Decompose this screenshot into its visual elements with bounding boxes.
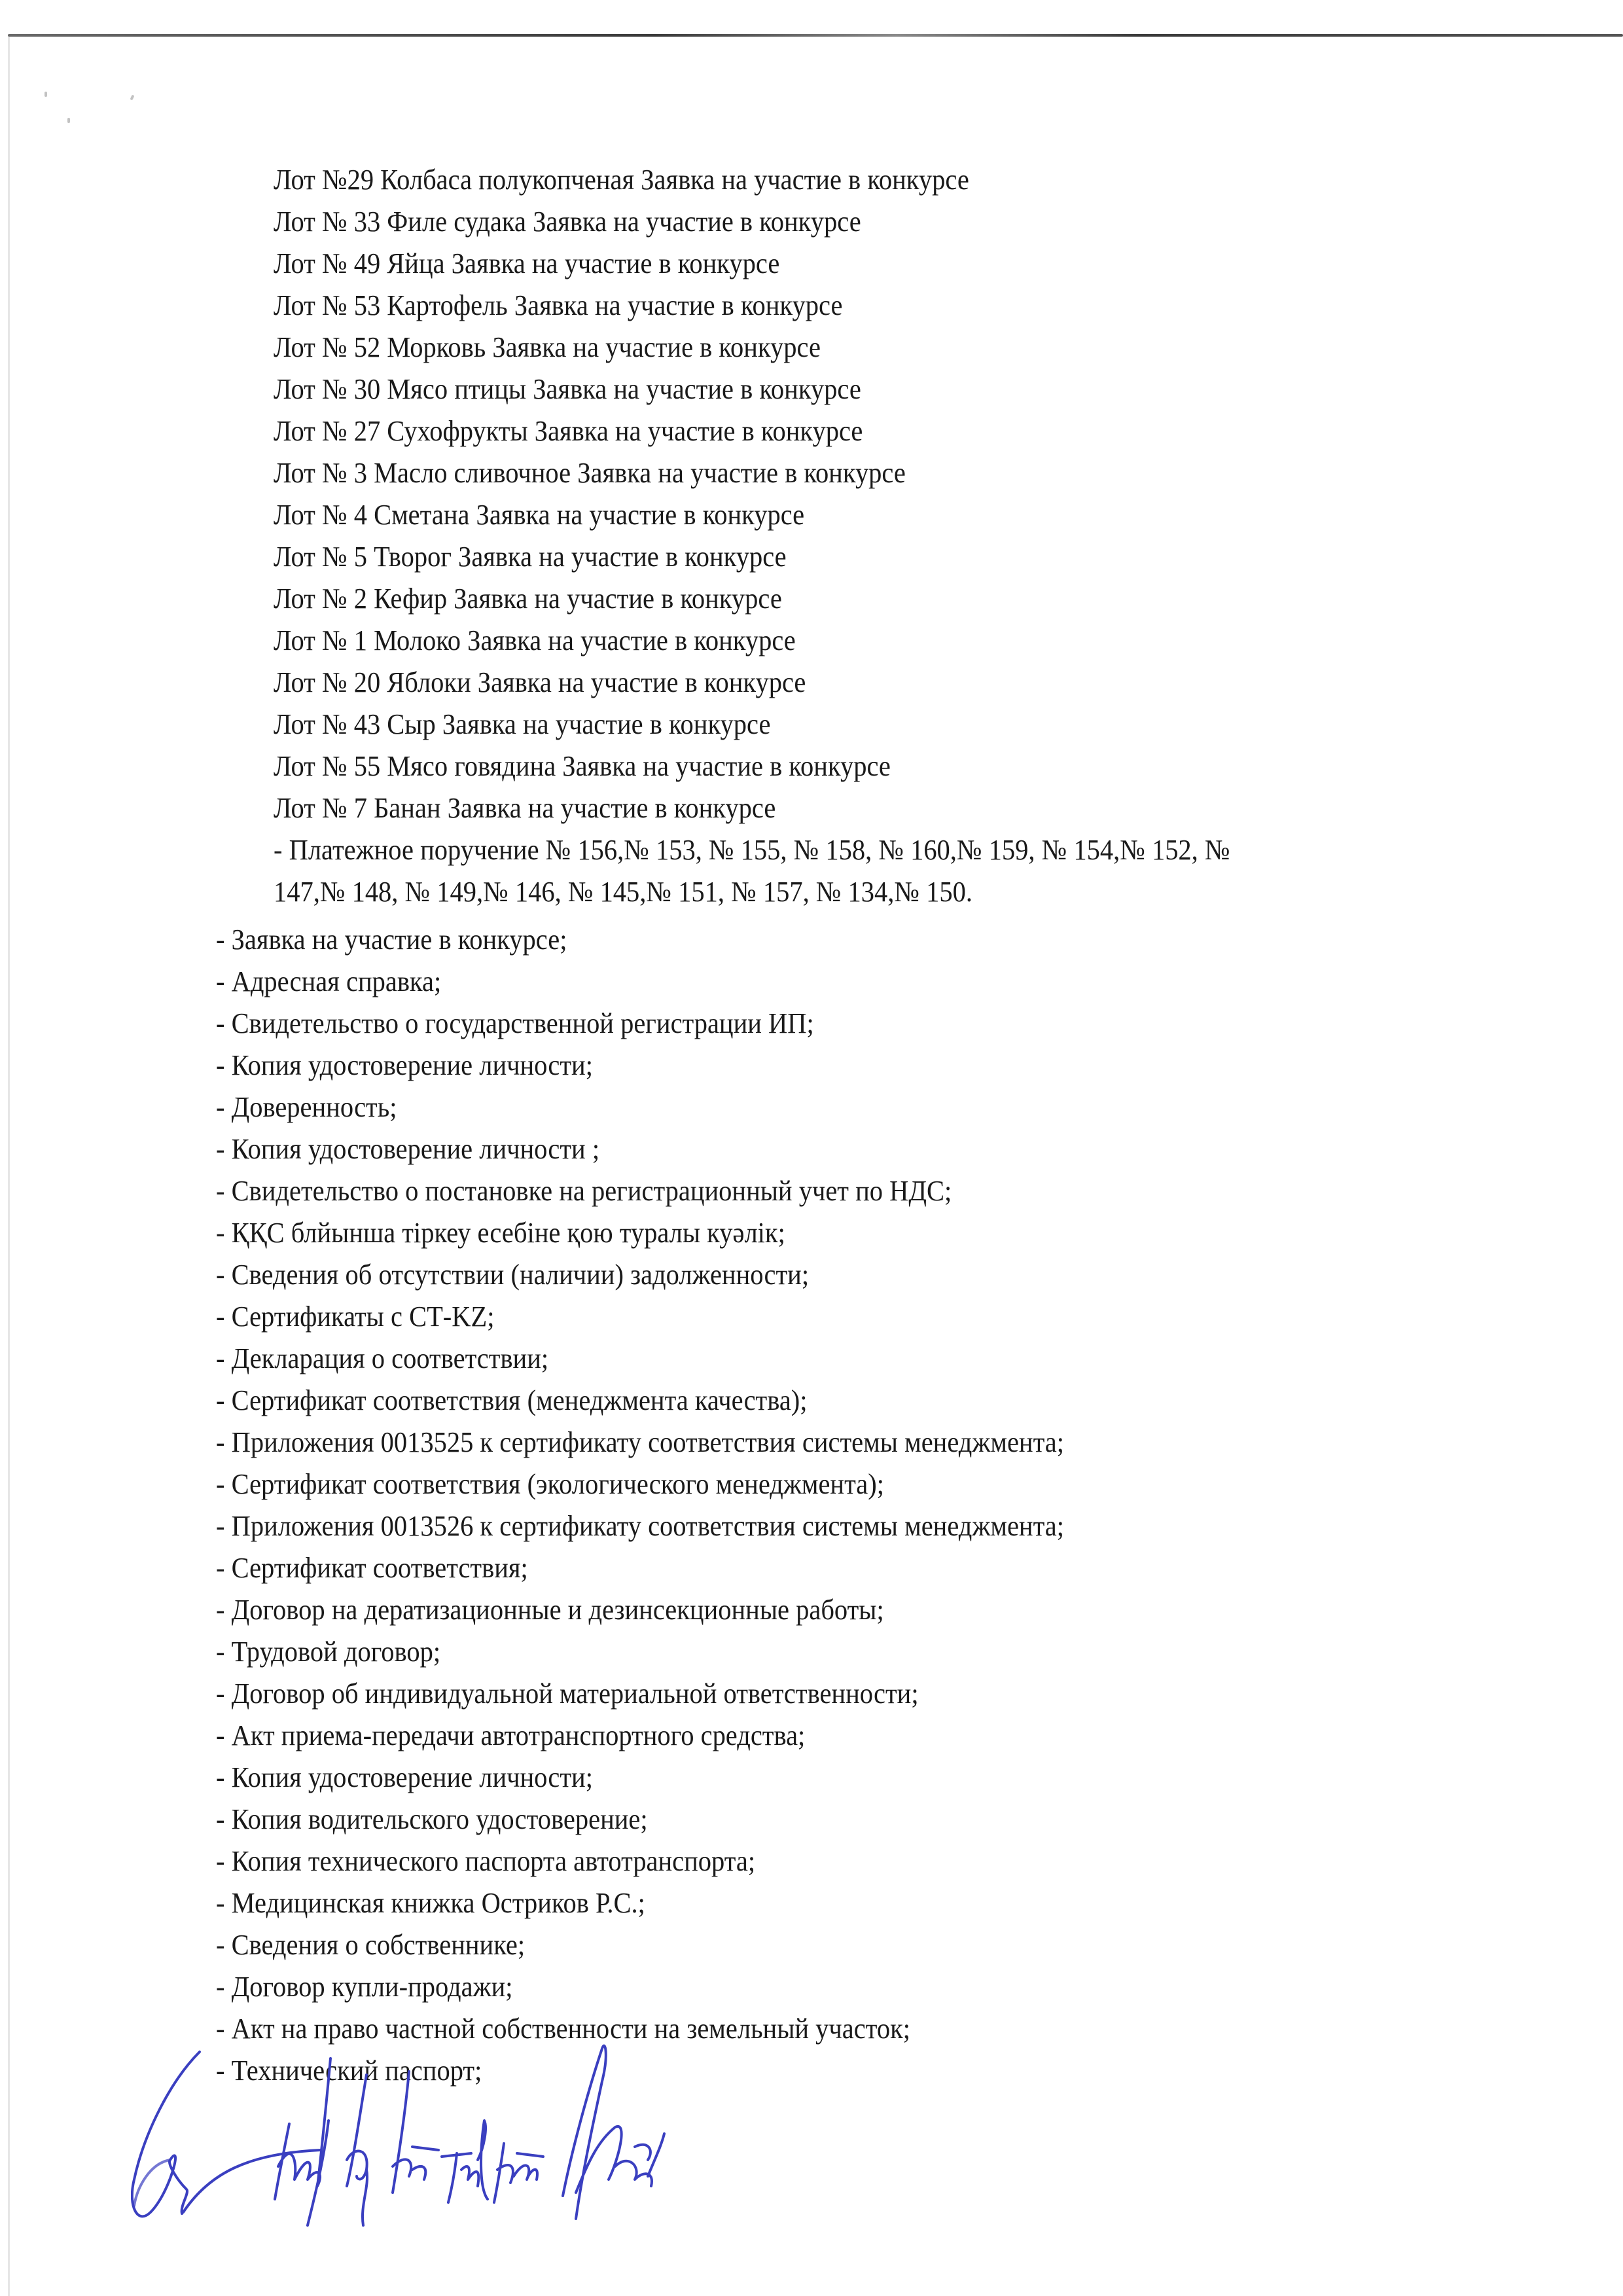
lot-item: Лот №29 Колбаса полукопченая Заявка на у… [274,159,1418,201]
lot-item: Лот № 49 Яйца Заявка на участие в конкур… [274,243,1418,285]
document-item: - Договор об индивидуальной материальной… [216,1673,1420,1715]
lot-item: Лот № 3 Масло сливочное Заявка на участи… [274,452,1418,494]
signatures-area [131,2029,1623,2296]
document-item: - Сведения о собственнике; [216,1924,1420,1966]
attached-documents-list: - Заявка на участие в конкурсе; - Адресн… [216,919,1525,2092]
lot-item: Лот № 30 Мясо птицы Заявка на участие в … [274,368,1418,410]
scan-speck [45,92,47,97]
lot-item: Лот № 52 Морковь Заявка на участие в кон… [274,327,1418,368]
lot-item: Лот № 7 Банан Заявка на участие в конкур… [274,787,1418,829]
document-item: - Сертификат соответствия (экологическог… [216,1463,1420,1505]
lot-item: Лот № 20 Яблоки Заявка на участие в конк… [274,662,1418,704]
signature-1 [132,2052,321,2216]
document-item: - Заявка на участие в конкурсе; [216,919,1420,961]
document-item: - Свидетельство о постановке на регистра… [216,1170,1420,1212]
document-item: - Приложения 0013525 к сертификату соотв… [216,1422,1420,1463]
document-item: - Приложения 0013526 к сертификату соотв… [216,1505,1420,1547]
scan-speck [67,118,70,123]
document-item: - Сертификат соответствия (менеджмента к… [216,1380,1420,1422]
document-item: - Сведения об отсутствии (наличии) задол… [216,1254,1420,1296]
lot-item: Лот № 43 Сыр Заявка на участие в конкурс… [274,704,1418,745]
lot-item: Лот № 27 Сухофрукты Заявка на участие в … [274,410,1418,452]
document-item: - Копия удостоверение личности; [216,1045,1420,1086]
signature-5 [442,2121,488,2202]
document-item: - Адресная справка; [216,961,1420,1003]
payment-orders-line-1: - Платежное поручение № 156,№ 153, № 155… [274,829,1418,871]
document-item: - Копия удостоверение личности ; [216,1128,1420,1170]
document-item: - Договор купли-продажи; [216,1966,1420,2008]
lot-item: Лот № 55 Мясо говядина Заявка на участие… [274,745,1418,787]
payment-orders-line-2: 147,№ 148, № 149,№ 146, № 145,№ 151, № 1… [274,871,1418,913]
document-item: - Акт приема-передачи автотранспортного … [216,1715,1420,1757]
signature-7 [563,2046,664,2219]
document-item: - Декларация о соответствии; [216,1338,1420,1380]
lot-item: Лот № 4 Сметана Заявка на участие в конк… [274,494,1418,536]
document-item: - ҚҚС блйынша тіркеу есебіне қою туралы … [216,1212,1420,1254]
lot-item: Лот № 2 Кефир Заявка на участие в конкур… [274,578,1418,620]
scan-speck [130,95,134,101]
lot-item: Лот № 1 Молоко Заявка на участие в конку… [274,620,1418,662]
lots-list: Лот №29 Колбаса полукопченая Заявка на у… [274,159,1517,913]
document-item: - Трудовой договор; [216,1631,1420,1673]
document-item: - Сертификат соответствия; [216,1547,1420,1589]
document-item: - Медицинская книжка Остриков Р.С.; [216,1882,1420,1924]
signature-2 [275,2058,330,2225]
lot-item: Лот № 5 Творог Заявка на участие в конку… [274,536,1418,578]
document-item: - Копия технического паспорта автотрансп… [216,1840,1420,1882]
signature-4 [393,2072,438,2193]
document-item: - Сертификаты с СТ-KZ; [216,1296,1420,1338]
document-item: - Доверенность; [216,1086,1420,1128]
document-item: - Копия удостоверение личности; [216,1757,1420,1799]
document-item: - Свидетельство о государственной регист… [216,1003,1420,1045]
document-item: - Договор на дератизационные и дезинсекц… [216,1589,1420,1631]
document-item: - Копия водительского удостоверение; [216,1799,1420,1840]
signature-6 [494,2144,543,2202]
lot-item: Лот № 53 Картофель Заявка на участие в к… [274,285,1418,327]
lot-item: Лот № 33 Филе судака Заявка на участие в… [274,201,1418,243]
signature-3 [347,2075,367,2225]
scan-edge-left [8,37,10,2296]
scan-edge-top [8,34,1623,37]
